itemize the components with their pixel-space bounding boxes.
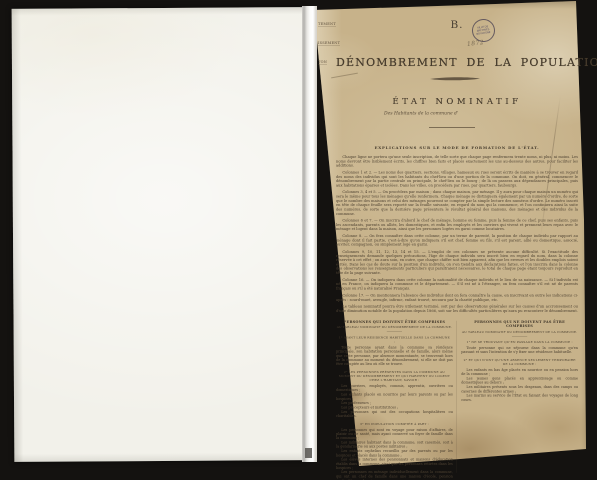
- document-title: DÉNOMBREMENT DE LA POPULATION. — 1872.: [336, 56, 578, 69]
- margin-label-fragment: TON: [318, 60, 327, 65]
- list-item: Les personnes qui sont en voyage pour ra…: [336, 428, 453, 441]
- column-text: Toute personne qui ne séjourne dans la c…: [461, 346, 578, 355]
- list-item: Les élèves internes des pensionnats et m…: [336, 458, 453, 471]
- list-item: Les militaires habitant dans la commune,…: [336, 441, 453, 450]
- list-item: Les ouvriers, employés, commis, apprenti…: [336, 384, 453, 393]
- column-heading: PERSONNES QUI DOIVENT ÊTRE COMPRISES: [336, 320, 453, 325]
- paragraph: Colonne 16. — On indiquera dans cette co…: [336, 278, 578, 291]
- separator-rule: [429, 127, 475, 128]
- column-text: Toute personne ayant dans la commune sa …: [336, 345, 453, 366]
- scanned-register-view: TEMENT ISSEMENT TON B. VILLE DE ARCHIVES…: [0, 0, 597, 480]
- paragraph: Colonne 17. — On mentionnera l'absence d…: [336, 294, 578, 302]
- margin-label-fragment: ISSEMENT: [318, 41, 340, 46]
- list-item: Les enfants en bas âge placés en nourric…: [461, 368, 578, 377]
- sub-section-label: 1° NE SE TROUVANT QU'EN PASSAGE DANS LA …: [464, 340, 576, 344]
- list-item: Les marins au service de l'État ou faisa…: [461, 394, 578, 403]
- left-page: [12, 7, 306, 462]
- margin-label-fragments: TEMENT ISSEMENT TON: [318, 22, 348, 82]
- list-item: Les militaires présents sous les drapeau…: [461, 385, 578, 394]
- sub-section-label: 1° AYANT LEUR RÉSIDENCE HABITUELLE DANS …: [338, 336, 450, 344]
- paragraph: Colonne 8. — On fera connaître dans cett…: [336, 234, 578, 247]
- list-item: Les enfants orphelins recueillis par des…: [336, 449, 453, 458]
- column-heading: PERSONNES QUI NE DOIVENT PAS ÊTRE COMPRI…: [461, 320, 578, 329]
- list-item: Les personnes en ménage individuellement…: [336, 470, 453, 480]
- paragraph: Colonnes 9, 10, 11, 12, 13, 14 et 15. — …: [336, 250, 578, 275]
- sub-section-label: 2° ET QUI N'ONT QU'UNE ABSENCE SEULEMENT…: [464, 358, 576, 366]
- list-item: Les jeunes gens placés en apprentissage …: [461, 377, 578, 386]
- gutter-notch: [305, 448, 312, 458]
- margin-label-fragment: TEMENT: [318, 22, 336, 27]
- sub-section-label: 3° EN POPULATION COMPTÉE À PART :: [338, 422, 450, 426]
- list-item: Les personnes qui ont des occupations ho…: [336, 410, 453, 419]
- column-excluded-persons: PERSONNES QUI NE DOIVENT PAS ÊTRE COMPRI…: [461, 320, 578, 480]
- paragraph: Colonnes 3, 4 et 5. — On procédera par m…: [336, 191, 578, 216]
- column-subheading: AU TABLEAU NOMINATIF DU DÉNOMBREMENT DE …: [336, 325, 453, 329]
- sub-section-label: 2° LES PERSONNES PRÉSENTES DANS LA COMMU…: [338, 370, 450, 382]
- page-body: EXPLICATIONS SUR LE MODE DE FORMATION DE…: [336, 146, 578, 480]
- document-subtitle: ÉTAT NOMINATIF: [336, 97, 578, 107]
- two-column-section: PERSONNES QUI DOIVENT ÊTRE COMPRISES AU …: [336, 320, 578, 480]
- archive-stamp-text: VILLE DE ARCHIVES BOULOGNE: [476, 25, 491, 36]
- paragraph: Colonnes 1 et 2. — Les noms des quartier…: [336, 171, 578, 188]
- paragraph: Le tableau nominatif pourra être utileme…: [336, 305, 578, 313]
- explanations-heading: EXPLICATIONS SUR LE MODE DE FORMATION DE…: [336, 146, 578, 150]
- title-flourish: [428, 76, 482, 82]
- list-item: Les enfants placés en nourrice par leurs…: [336, 393, 453, 402]
- column-included-persons: PERSONNES QUI DOIVENT ÊTRE COMPRISES AU …: [336, 320, 453, 480]
- paragraph: Colonnes 6 et 7. — On inscrira d'abord l…: [336, 219, 578, 232]
- page-gutter: [302, 6, 317, 462]
- column-subheading: AU TABLEAU NOMINATIF DU DÉNOMBREMENT DE …: [461, 330, 578, 334]
- commune-blank-line: Des Habitants de la commune d': [384, 111, 544, 116]
- series-letter: B.: [336, 19, 578, 31]
- paragraph: Chaque ligne ne portera qu'une seule ins…: [336, 155, 578, 168]
